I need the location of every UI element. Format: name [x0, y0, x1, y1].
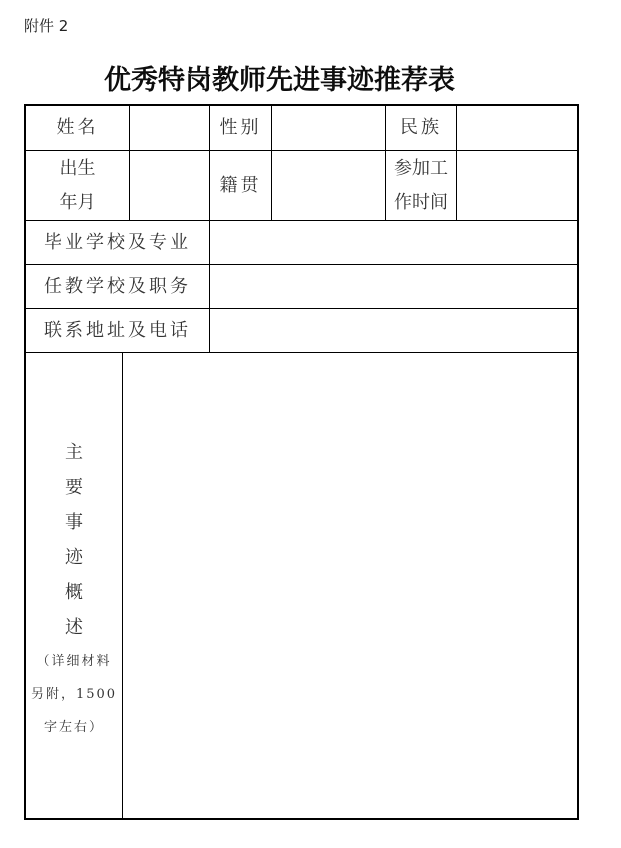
deeds-label-char: 迹 — [65, 540, 83, 575]
native-place-label: 籍贯 — [210, 151, 271, 220]
work-start-field[interactable] — [457, 151, 577, 220]
work-start-label-line1: 参加工 — [394, 152, 448, 186]
ethnicity-label: 民族 — [386, 106, 456, 150]
native-place-field[interactable] — [272, 151, 385, 220]
birth-date-label: 出生 年月 — [26, 151, 129, 220]
deeds-note-line: （详细材料 — [36, 645, 111, 678]
name-field[interactable] — [130, 106, 209, 150]
deeds-label-char: 概 — [65, 575, 83, 610]
name-label: 姓名 — [26, 106, 129, 150]
birth-label-line2: 年月 — [60, 186, 96, 220]
deeds-field[interactable] — [123, 353, 577, 818]
teaching-school-label: 任教学校及职务 — [26, 265, 209, 308]
teaching-school-field[interactable] — [210, 265, 577, 308]
gender-label: 性别 — [210, 106, 271, 150]
ethnicity-field[interactable] — [457, 106, 577, 150]
graduation-label: 毕业学校及专业 — [26, 221, 209, 264]
deeds-note-line: 字左右） — [44, 711, 104, 744]
deeds-note-line: 另附，1500 — [31, 678, 117, 711]
contact-label: 联系地址及电话 — [26, 309, 209, 352]
work-start-label-line2: 作时间 — [394, 186, 448, 220]
deeds-label: 主 要 事 迹 概 述 （详细材料 另附，1500 字左右） — [26, 353, 122, 818]
birth-label-line1: 出生 — [60, 152, 96, 186]
attachment-label: 附件 2 — [24, 15, 68, 36]
deeds-label-char: 主 — [65, 435, 83, 470]
form-title: 优秀特岗教师先进事迹推荐表 — [104, 58, 455, 97]
deeds-label-char: 要 — [65, 470, 83, 505]
gender-field[interactable] — [272, 106, 385, 150]
birth-date-field[interactable] — [130, 151, 209, 220]
work-start-label: 参加工 作时间 — [386, 151, 456, 220]
recommendation-form-table: 姓名 性别 民族 出生 年月 籍贯 参加工 作时间 毕业学校及专业 任教学校及职… — [24, 104, 579, 820]
deeds-label-char: 事 — [65, 505, 83, 540]
deeds-label-char: 述 — [65, 610, 83, 645]
graduation-field[interactable] — [210, 221, 577, 264]
contact-field[interactable] — [210, 309, 577, 352]
